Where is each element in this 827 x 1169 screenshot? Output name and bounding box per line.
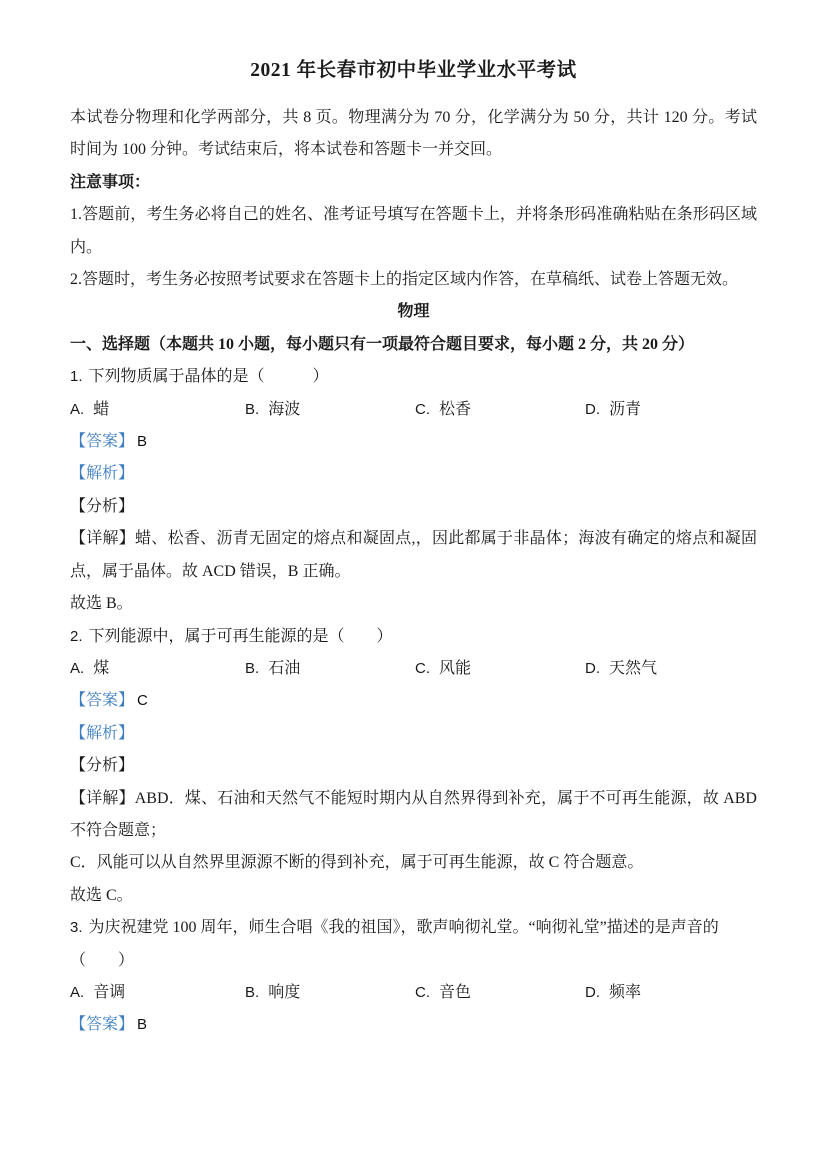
- option-text: 煤: [93, 660, 109, 677]
- option-b: B.海波: [245, 394, 415, 426]
- option-text: 天然气: [609, 660, 657, 677]
- option-text: 海波: [268, 401, 300, 418]
- intro-paragraph: 本试卷分物理和化学两部分，共 8 页。物理满分为 70 分，化学满分为 50 分…: [70, 102, 757, 167]
- question-1-number: 1.: [70, 368, 83, 385]
- option-text: 松香: [439, 401, 471, 418]
- answer-value: B: [137, 433, 147, 450]
- option-b: B.石油: [245, 653, 415, 685]
- option-a: A.蜡: [70, 394, 245, 426]
- option-letter: C.: [415, 984, 430, 1001]
- answer-value: C: [137, 692, 148, 709]
- question-1-stem: 1.下列物质属于晶体的是（ ）: [70, 361, 757, 393]
- page-title: 2021 年长春市初中毕业学业水平考试: [70, 58, 757, 84]
- detail-text: ABD．煤、石油和天然气不能短时期内从自然界得到补充，属于不可再生能源，故 AB…: [70, 790, 757, 839]
- option-b: B.响度: [245, 977, 415, 1009]
- question-2-conclusion: 故选 C。: [70, 880, 757, 912]
- question-2-text: 下列能源中，属于可再生能源的是（ ）: [89, 628, 393, 645]
- question-3-options: A.音调 B.响度 C.音色 D.频率: [70, 977, 757, 1009]
- option-text: 音调: [93, 984, 125, 1001]
- answer-value: B: [137, 1016, 147, 1033]
- option-text: 石油: [268, 660, 300, 677]
- detail-text: 蜡、松香、沥青无固定的熔点和凝固点,，因此都属于非晶体；海波有确定的熔点和凝固点…: [70, 530, 757, 579]
- option-letter: B.: [245, 984, 259, 1001]
- question-3-stem: 3.为庆祝建党 100 周年，师生合唱《我的祖国》，歌声响彻礼堂。“响彻礼堂”描…: [70, 912, 757, 977]
- option-text: 频率: [609, 984, 641, 1001]
- option-d: D.天然气: [585, 653, 757, 685]
- option-letter: D.: [585, 401, 600, 418]
- xiangjie-label: 【详解】: [70, 530, 135, 547]
- option-text: 风能: [439, 660, 471, 677]
- jiexi-label: 【解析】: [70, 458, 757, 490]
- option-d: D.频率: [585, 977, 757, 1009]
- question-3-text: 为庆祝建党 100 周年，师生合唱《我的祖国》，歌声响彻礼堂。“响彻礼堂”描述的…: [70, 919, 719, 968]
- option-text: 蜡: [93, 401, 109, 418]
- option-a: A.煤: [70, 653, 245, 685]
- option-c: C.风能: [415, 653, 585, 685]
- option-letter: A.: [70, 660, 84, 677]
- notice-item-2: 2.答题时，考生务必按照考试要求在答题卡上的指定区域内作答，在草稿纸、试卷上答题…: [70, 264, 757, 296]
- question-1-text: 下列物质属于晶体的是（ ）: [89, 368, 329, 385]
- question-3: 3.为庆祝建党 100 周年，师生合唱《我的祖国》，歌声响彻礼堂。“响彻礼堂”描…: [70, 912, 757, 1042]
- answer-label: 【答案】: [70, 433, 134, 450]
- option-c: C.松香: [415, 394, 585, 426]
- section-heading: 一、选择题（本题共 10 小题，每小题只有一项最符合题目要求，每小题 2 分，共…: [70, 329, 757, 361]
- option-letter: D.: [585, 984, 600, 1001]
- notice-item-1: 1.答题前，考生务必将自己的姓名、准考证号填写在答题卡上，并将条形码准确粘贴在条…: [70, 199, 757, 264]
- exam-document: 2021 年长春市初中毕业学业水平考试 本试卷分物理和化学两部分，共 8 页。物…: [70, 0, 757, 1042]
- question-2-number: 2.: [70, 628, 83, 645]
- question-1-options: A.蜡 B.海波 C.松香 D.沥青: [70, 394, 757, 426]
- question-1: 1.下列物质属于晶体的是（ ） A.蜡 B.海波 C.松香 D.沥青 【答案】B…: [70, 361, 757, 620]
- jiexi-label: 【解析】: [70, 718, 757, 750]
- option-letter: C.: [415, 660, 430, 677]
- option-letter: D.: [585, 660, 600, 677]
- question-2-answer-row: 【答案】C: [70, 685, 757, 717]
- fenxi-label: 【分析】: [70, 491, 757, 523]
- question-2-options: A.煤 B.石油 C.风能 D.天然气: [70, 653, 757, 685]
- question-2-detail-2: C．风能可以从自然界里源源不断的得到补充，属于可再生能源，故 C 符合题意。: [70, 847, 757, 879]
- option-d: D.沥青: [585, 394, 757, 426]
- option-text: 沥青: [609, 401, 641, 418]
- question-3-answer-row: 【答案】B: [70, 1009, 757, 1041]
- question-1-detail: 【详解】蜡、松香、沥青无固定的熔点和凝固点,，因此都属于非晶体；海波有确定的熔点…: [70, 523, 757, 588]
- question-3-number: 3.: [70, 919, 83, 936]
- option-c: C.音色: [415, 977, 585, 1009]
- option-a: A.音调: [70, 977, 245, 1009]
- option-letter: A.: [70, 984, 84, 1001]
- notice-heading: 注意事项：: [70, 167, 757, 199]
- answer-label: 【答案】: [70, 1016, 134, 1033]
- xiangjie-label: 【详解】: [70, 790, 135, 807]
- option-text: 音色: [439, 984, 471, 1001]
- fenxi-label: 【分析】: [70, 750, 757, 782]
- option-text: 响度: [268, 984, 300, 1001]
- question-2-stem: 2.下列能源中，属于可再生能源的是（ ）: [70, 621, 757, 653]
- question-2: 2.下列能源中，属于可再生能源的是（ ） A.煤 B.石油 C.风能 D.天然气…: [70, 621, 757, 913]
- option-letter: B.: [245, 660, 259, 677]
- subject-heading: 物理: [70, 296, 757, 328]
- question-2-detail-1: 【详解】ABD．煤、石油和天然气不能短时期内从自然界得到补充，属于不可再生能源，…: [70, 783, 757, 848]
- answer-label: 【答案】: [70, 692, 134, 709]
- option-letter: A.: [70, 401, 84, 418]
- option-letter: C.: [415, 401, 430, 418]
- question-1-answer-row: 【答案】B: [70, 426, 757, 458]
- option-letter: B.: [245, 401, 259, 418]
- question-1-conclusion: 故选 B。: [70, 588, 757, 620]
